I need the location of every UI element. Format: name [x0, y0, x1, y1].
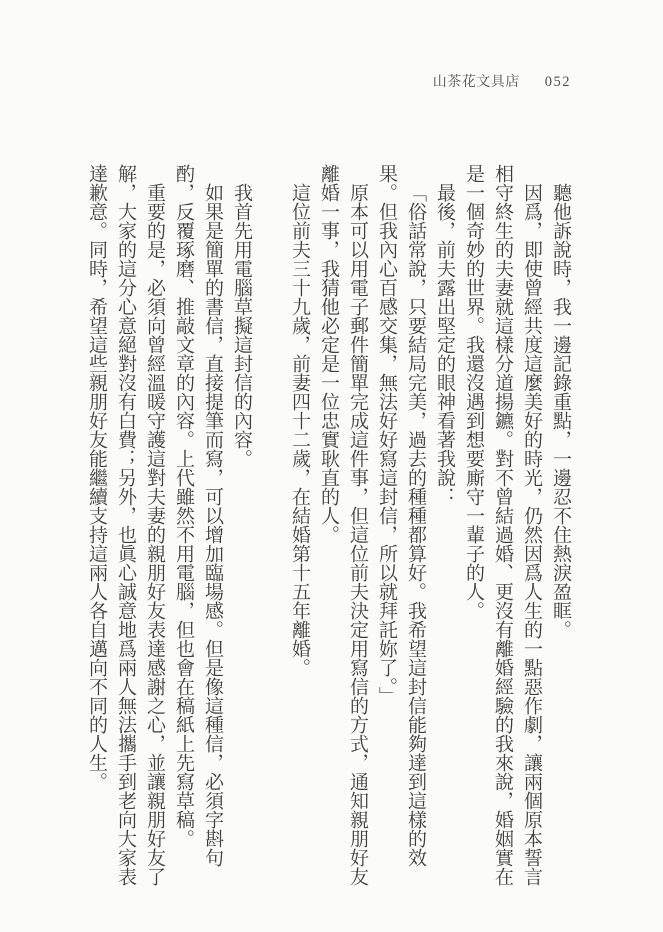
body-text: 聽他訴說時，我一邊記錄重點，一邊忍不住熱淚盈眶。因爲，即使曾經共度這麼美好的時光… [82, 164, 575, 892]
paragraph: 原本可以用電子郵件簡單完成這件事，但這位前夫決定用寫信的方式，通知親朋好友離婚一… [314, 164, 372, 892]
running-head-book-title: 山茶花文具店 [433, 71, 520, 91]
running-head: 山茶花文具店 052 [433, 71, 571, 91]
paragraph: 這位前夫三十九歲，前妻四十二歲，在結婚第十五年離婚。 [285, 164, 314, 892]
book-page: 山茶花文具店 052 聽他訴說時，我一邊記錄重點，一邊忍不住熱淚盈眶。因爲，即使… [0, 0, 663, 932]
page-number: 052 [545, 74, 571, 91]
paragraph: 聽他訴說時，我一邊記錄重點，一邊忍不住熱淚盈眶。 [546, 164, 575, 892]
paragraph: 最後，前夫露出堅定的眼神看著我說： [430, 164, 459, 892]
paragraph: 重要的是，必須向曾經溫暖守護這對夫妻的親朋好友表達感謝之心，並讓親朋好友了解，大… [82, 164, 169, 892]
paragraph: 如果是簡單的書信，直接提筆而寫，可以增加臨場感。但是像這種信，必須字斟句酌，反覆… [169, 164, 227, 892]
paragraph: 「俗話常說，只要結局完美，過去的種種都算好。我希望這封信能夠達到這樣的效果。但我… [372, 164, 430, 892]
paragraph: 因爲，即使曾經共度這麼美好的時光，仍然因爲人生的一點惡作劇，讓兩個原本誓言相守終… [459, 164, 546, 892]
paragraph: 我首先用電腦草擬這封信的內容。 [227, 164, 256, 892]
